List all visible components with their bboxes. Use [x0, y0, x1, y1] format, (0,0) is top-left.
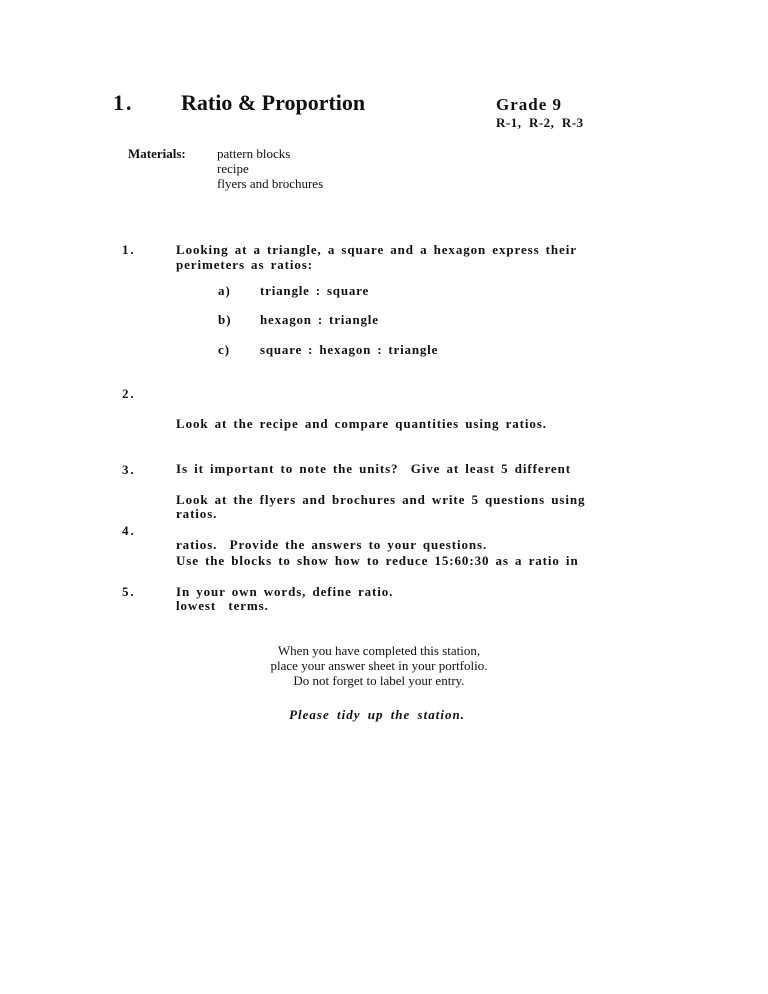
tidy-note: Please tidy up the station. [0, 707, 768, 723]
subitem-b-label: b) [218, 312, 232, 328]
completion-instructions: When you have completed this station, pl… [0, 643, 768, 688]
material-item: recipe [217, 161, 323, 176]
page-title: Ratio & Proportion [181, 90, 365, 116]
tidy-note-text: Please tidy up the station. [289, 707, 465, 723]
materials-label: Materials: [128, 146, 186, 162]
question-2-number: 2. [122, 386, 136, 402]
subitem-b-text: hexagon : triangle [260, 312, 379, 328]
station-number: 1. [113, 90, 134, 116]
question-line: Looking at a triangle, a square and a he… [176, 242, 577, 257]
instruction-line: place your answer sheet in your portfoli… [0, 658, 763, 673]
question-line: In your own words, define ratio. [176, 584, 393, 599]
instruction-line: Do not forget to label your entry. [0, 673, 763, 688]
subitem-c-label: c) [218, 342, 230, 358]
material-item: flyers and brochures [217, 176, 323, 191]
subitem-a-text: triangle : square [260, 283, 369, 299]
question-line: lowest terms. [176, 598, 579, 613]
question-line: perimeters as ratios: [176, 257, 577, 272]
grade-label: Grade 9 [496, 95, 562, 115]
material-item: pattern blocks [217, 146, 323, 161]
question-line: Use the blocks to show how to reduce 15:… [176, 553, 579, 568]
question-line: Look at the flyers and brochures and wri… [176, 492, 585, 507]
question-line: Look at the recipe and compare quantitie… [176, 416, 571, 431]
curriculum-outcomes: R-1, R-2, R-3 [496, 115, 584, 131]
question-4-text: Use the blocks to show how to reduce 15:… [176, 523, 579, 628]
question-1-number: 1. [122, 242, 136, 258]
question-1-text: Looking at a triangle, a square and a he… [176, 242, 577, 272]
question-4-number: 4. [122, 523, 136, 539]
question-5-number: 5. [122, 584, 136, 600]
subitem-a-label: a) [218, 283, 231, 299]
question-3-number: 3. [122, 462, 136, 478]
subitem-c-text: square : hexagon : triangle [260, 342, 438, 358]
materials-list: pattern blocks recipe flyers and brochur… [217, 146, 323, 191]
question-5-text: In your own words, define ratio. [176, 584, 393, 599]
instruction-line: When you have completed this station, [0, 643, 763, 658]
